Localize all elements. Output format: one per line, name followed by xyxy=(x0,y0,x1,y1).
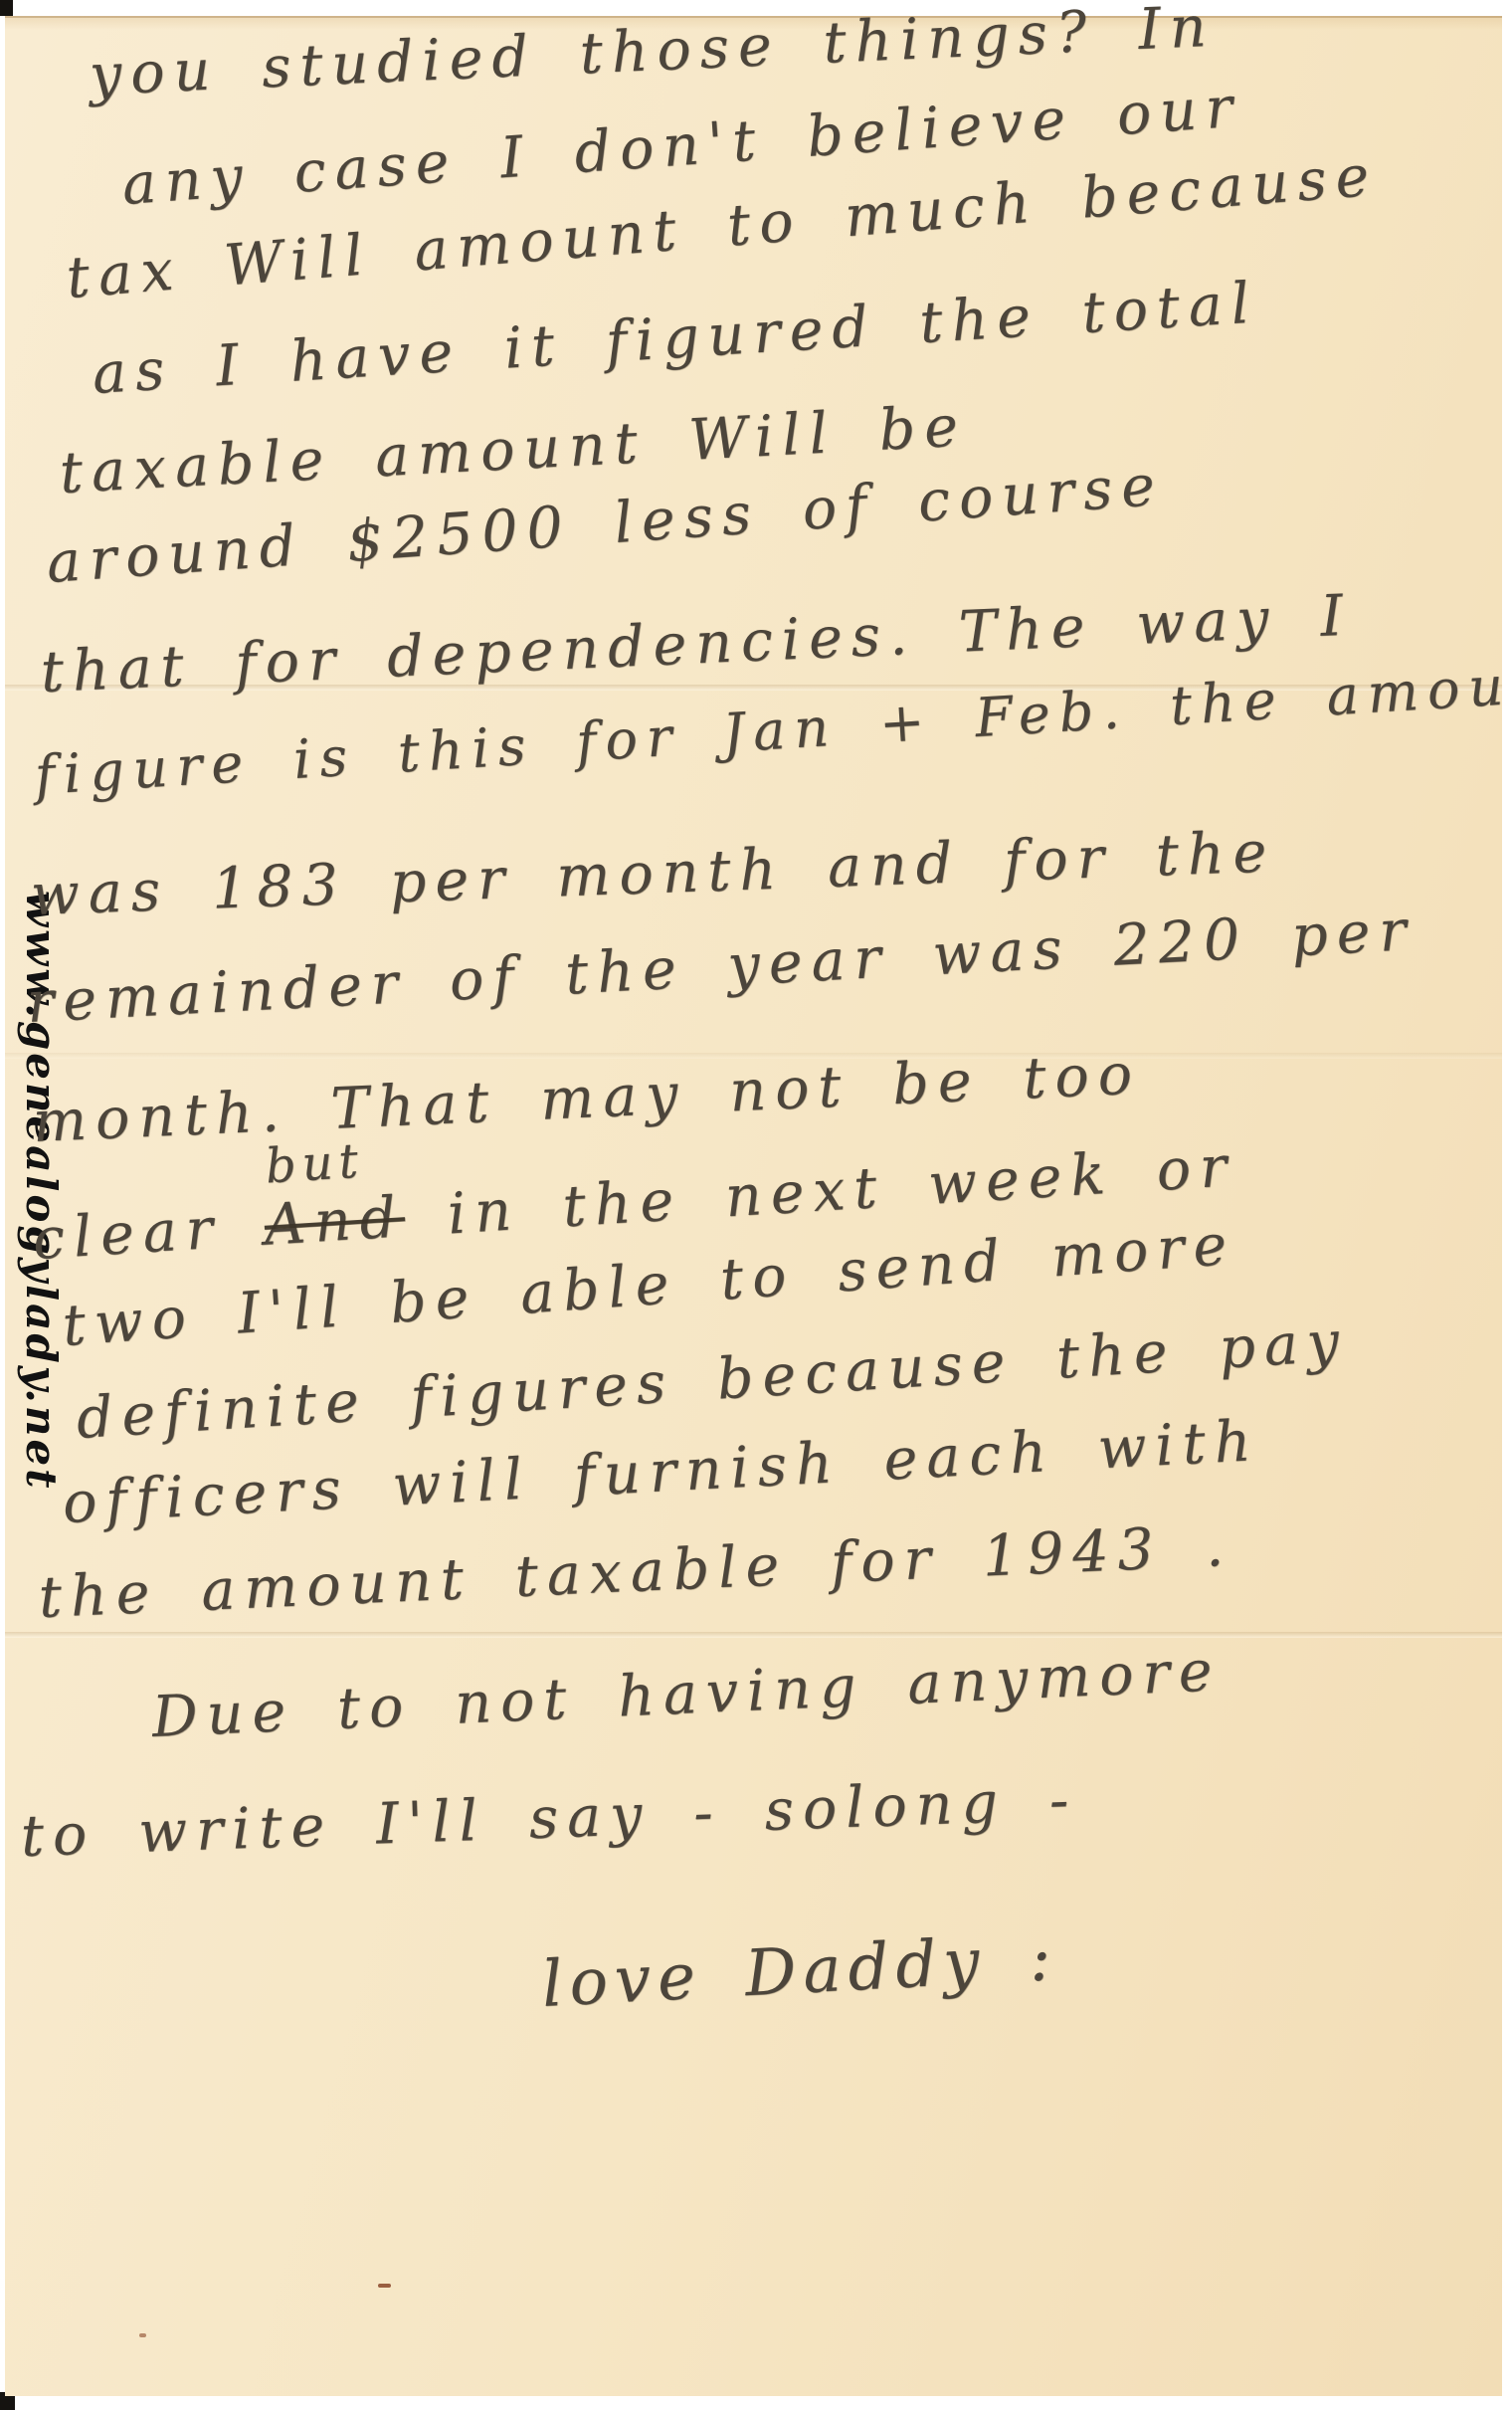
letter-closing-line: Due to not having anymore xyxy=(151,1639,1223,1750)
paper-speck xyxy=(378,2284,391,2288)
correction-pre-text: clear xyxy=(31,1193,267,1273)
inserted-word: but xyxy=(264,1134,365,1195)
struck-word: And xyxy=(263,1184,407,1259)
letter-paper: www.genealogylady.net you studied those … xyxy=(5,16,1502,2396)
scanner-corner-mark xyxy=(0,0,13,16)
letter-line: the amount taxable for 1943 . xyxy=(38,1514,1234,1632)
scanned-letter: www.genealogylady.net you studied those … xyxy=(0,0,1512,2410)
letter-signature: love Daddy : xyxy=(540,1922,1059,2023)
letter-line: was 183 per month and for the xyxy=(30,820,1276,928)
paper-fold-crease xyxy=(5,1632,1502,1638)
letter-line: month. That may not be too xyxy=(32,1042,1143,1155)
paper-speck xyxy=(139,2333,146,2337)
letter-closing-line: to write I'll say - solong - xyxy=(20,1768,1078,1871)
